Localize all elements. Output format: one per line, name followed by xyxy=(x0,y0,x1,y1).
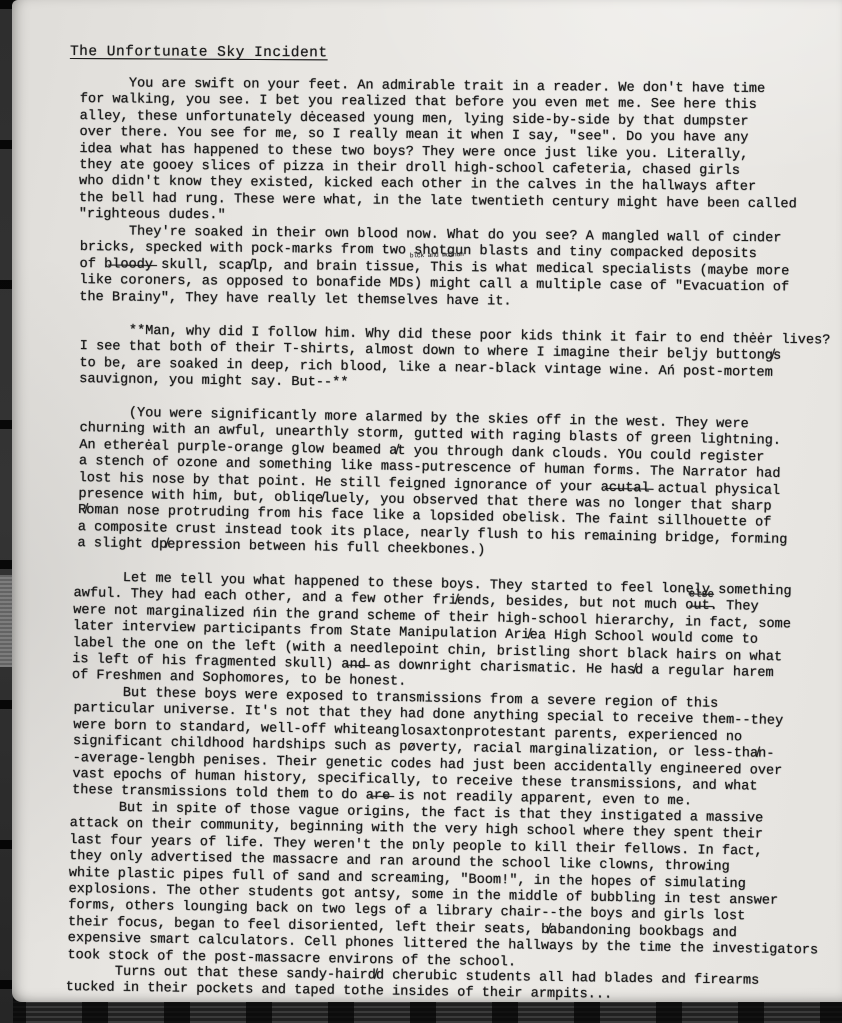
paragraph-7: But in spite of those vague origins, the… xyxy=(67,800,842,977)
paragraph-2-text: They're soaked in their own blood now. W… xyxy=(79,224,789,309)
typed-content: The Unfortunate Sky Incident You are swi… xyxy=(12,0,842,997)
handwritten-scribble: blck and wolnun xyxy=(410,252,464,260)
paragraph-5: Let me tell you what happened to these b… xyxy=(72,570,842,700)
photo-of-typed-page: { "document": { "title": "The Unfortunat… xyxy=(0,0,842,1023)
paragraph-2: They're soaked in their own blood now. W… xyxy=(79,224,842,314)
paragraph-6: But these boys were exposed to transmiss… xyxy=(72,685,842,814)
typed-insertion-else: else xyxy=(689,589,714,600)
document-title: The Unfortunate Sky Incident xyxy=(70,44,328,61)
paper-sheet: The Unfortunate Sky Incident You are swi… xyxy=(12,0,842,1002)
paragraph-5-text: Let me tell you what happened to these b… xyxy=(72,570,792,690)
paragraph-4: (You were significantly more alarmed by … xyxy=(77,405,842,567)
paragraph-3: **Man, why did I follow him. Why did the… xyxy=(79,323,842,399)
paragraph-1: You are swift on your feet. An admirable… xyxy=(79,76,842,230)
